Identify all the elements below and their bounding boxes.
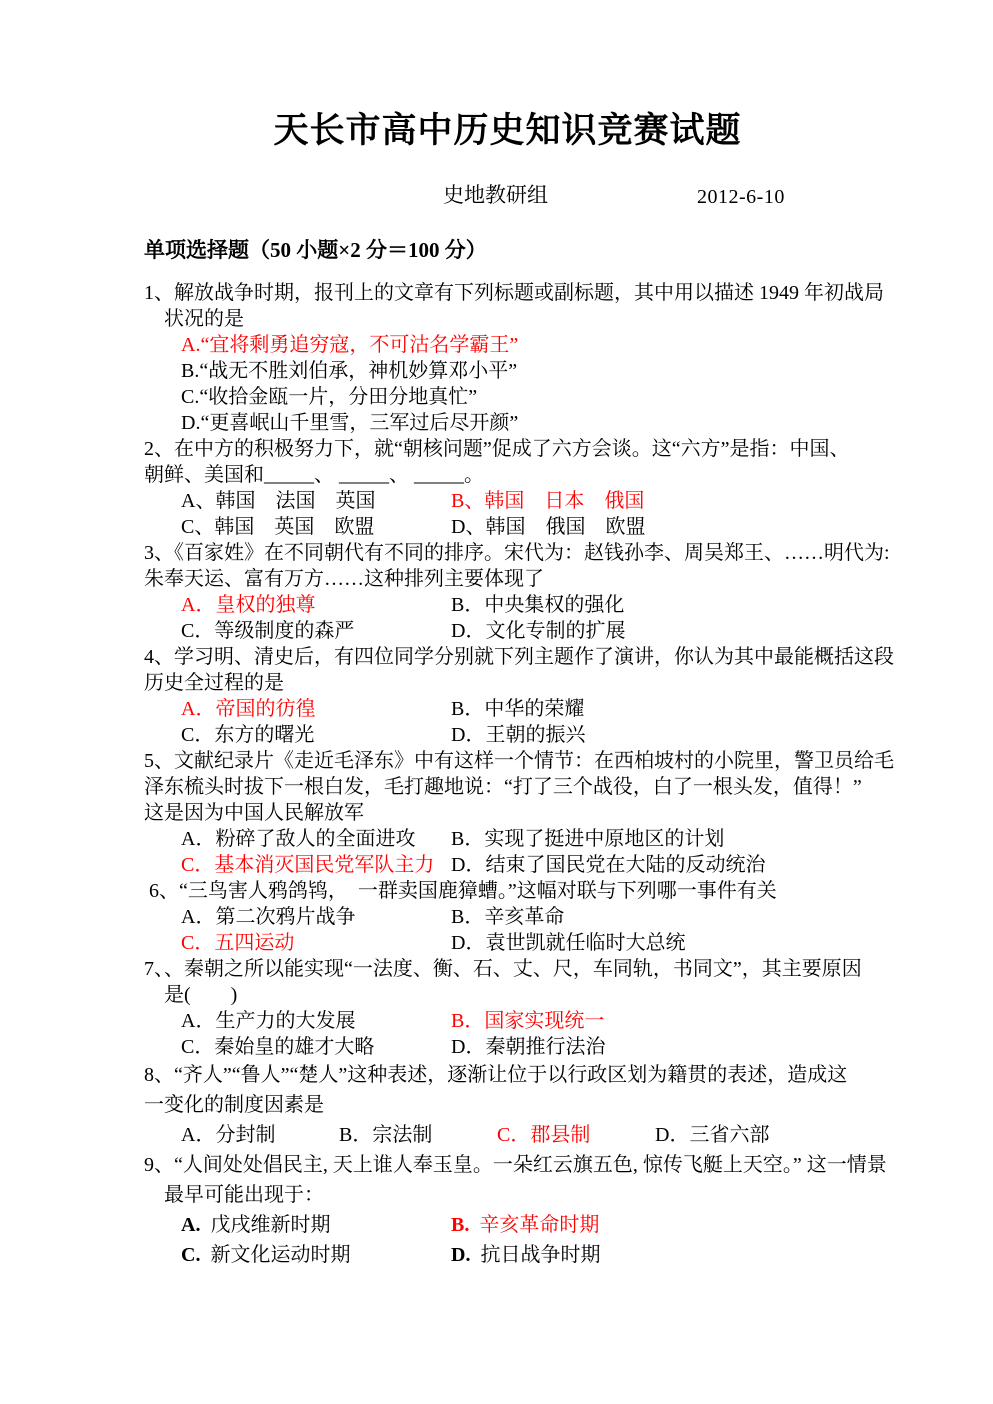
question-9: 9、“人间处处倡民主, 天上谁人奉玉皇。一朵红云旗五色, 惊传飞艇上天空。” 这… [144,1150,944,1270]
question-stem-line: 7、、秦朝之所以能实现“一法度、衡、石、丈、尺，车同轨，书同文”，其主要原因 [144,956,944,982]
option-row: C．东方的曙光D．王朝的振兴 [144,722,944,748]
question-stem-line: 8、“齐人”“鲁人”“楚人”这种表述，逐渐让位于以行政区划为籍贯的表述，造成这 [144,1060,944,1090]
option: D.“更喜岷山千里雪，三军过后尽开颜” [181,410,518,436]
option-row: C．五四运动D．袁世凯就任临时大总统 [144,930,944,956]
question-stem-line: 是( ) [144,982,944,1008]
option: A．第二次鸦片战争 [181,904,451,930]
question-stem-line: 朝鲜、美国和_____、 _____、 _____。 [144,462,944,488]
option-row: A．粉碎了敌人的全面进攻B．实现了挺进中原地区的计划 [144,826,944,852]
option: A．皇权的独尊 [181,592,451,618]
option-row: A．生产力的大发展B．国家实现统一 [144,1008,944,1034]
option: D．文化专制的扩展 [451,618,625,644]
question-8: 8、“齐人”“鲁人”“楚人”这种表述，逐渐让位于以行政区划为籍贯的表述，造成这一… [144,1060,944,1150]
question-7: 7、、秦朝之所以能实现“一法度、衡、石、丈、尺，车同轨，书同文”，其主要原因 是… [144,956,944,1060]
option-row: A、韩国 法国 英国B、韩国 日本 俄国 [144,488,944,514]
option-text: 辛亥革命时期 [469,1214,599,1236]
option-label: D. [451,1244,470,1266]
option: B．中央集权的强化 [451,592,624,618]
question-3: 3、《百家姓》在不同朝代有不同的排序。宋代为：赵钱孙李、周吴郑王、……明代为:朱… [144,540,944,644]
author-group: 史地教研组 [443,180,548,210]
option: D．结束了国民党在大陆的反动统治 [451,852,765,878]
option-row: A．皇权的独尊B．中央集权的强化 [144,592,944,618]
option-row: C. 新文化运动时期D. 抗日战争时期 [144,1240,944,1270]
option: D、韩国 俄国 欧盟 [451,514,645,540]
question-list: 1、解放战争时期，报刊上的文章有下列标题或副标题，其中用以描述 1949 年初战… [144,280,944,1270]
question-stem-line: 3、《百家姓》在不同朝代有不同的排序。宋代为：赵钱孙李、周吴郑王、……明代为: [144,540,944,566]
option-row: C．秦始皇的雄才大略D．秦朝推行法治 [144,1034,944,1060]
option: C．东方的曙光 [181,722,451,748]
option-row: A．分封制B．宗法制C．郡县制D．三省六部 [144,1120,944,1150]
subtitle-row: 史地教研组 2012-6-10 [0,180,993,210]
option: A. 戊戌维新时期 [181,1210,451,1240]
option-text: 戊戌维新时期 [200,1214,330,1236]
exam-page: 天长市高中历史知识竞赛试题 史地教研组 2012-6-10 单项选择题（50 小… [0,0,993,1404]
question-stem-line: 一变化的制度因素是 [144,1090,944,1120]
question-4: 4、学习明、清史后，有四位同学分别就下列主题作了演讲，你认为其中最能概括这段历史… [144,644,944,748]
question-stem-line: 5、文献纪录片《走近毛泽东》中有这样一个情节：在西柏坡村的小院里，警卫员给毛 [144,748,944,774]
option-row: D.“更喜岷山千里雪，三军过后尽开颜” [144,410,944,436]
question-stem-line: 9、“人间处处倡民主, 天上谁人奉玉皇。一朵红云旗五色, 惊传飞艇上天空。” 这… [144,1150,944,1180]
option: A.“宜将剩勇追穷寇，不可沽名学霸王” [181,332,518,358]
question-stem-line: 6、“三鸟害人鸦鸽鸨， 一群卖国鹿獐螬。”这幅对联与下列哪一事件有关 [144,878,944,904]
question-stem-line: 最早可能出现于： [144,1180,944,1210]
question-stem-line: 1、解放战争时期，报刊上的文章有下列标题或副标题，其中用以描述 1949 年初战… [144,280,944,306]
option-row: B.“战无不胜刘伯承，神机妙算邓小平” [144,358,944,384]
option-row: C.“收拾金瓯一片，分田分地真忙” [144,384,944,410]
option: B．国家实现统一 [451,1008,604,1034]
question-6: 6、“三鸟害人鸦鸽鸨， 一群卖国鹿獐螬。”这幅对联与下列哪一事件有关A．第二次鸦… [144,878,944,956]
option: D．秦朝推行法治 [451,1034,605,1060]
option: A．分封制 [181,1120,339,1150]
option: C、韩国 英国 欧盟 [181,514,451,540]
question-stem-line: 这是因为中国人民解放军 [144,800,944,826]
option: C．基本消灭国民党军队主力 [181,852,451,878]
section-header: 单项选择题（50 小题×2 分＝100 分） [144,236,993,264]
question-5: 5、文献纪录片《走近毛泽东》中有这样一个情节：在西柏坡村的小院里，警卫员给毛泽东… [144,748,944,878]
option: C. 新文化运动时期 [181,1240,451,1270]
option: B．辛亥革命 [451,904,564,930]
option-label: C. [181,1244,200,1266]
option: D．袁世凯就任临时大总统 [451,930,685,956]
option-row: C．等级制度的森严D．文化专制的扩展 [144,618,944,644]
question-stem-line: 朱奉天运、富有万方……这种排列主要体现了 [144,566,944,592]
option-row: C、韩国 英国 欧盟D、韩国 俄国 欧盟 [144,514,944,540]
option: C．五四运动 [181,930,451,956]
option: D. 抗日战争时期 [451,1240,600,1270]
option: D．三省六部 [655,1120,769,1150]
option: A．粉碎了敌人的全面进攻 [181,826,451,852]
question-stem-line: 2、在中方的积极努力下，就“朝核问题”促成了六方会谈。这“六方”是指：中国、 [144,436,944,462]
option: B．中华的荣耀 [451,696,584,722]
option: A．帝国的彷徨 [181,696,451,722]
question-1: 1、解放战争时期，报刊上的文章有下列标题或副标题，其中用以描述 1949 年初战… [144,280,944,436]
option-text: 抗日战争时期 [470,1244,600,1266]
option-row: C．基本消灭国民党军队主力D．结束了国民党在大陆的反动统治 [144,852,944,878]
question-stem-line: 状况的是 [144,306,944,332]
option: A、韩国 法国 英国 [181,488,451,514]
option-label: B. [451,1214,469,1236]
option: C．郡县制 [497,1120,655,1150]
option: B．宗法制 [339,1120,497,1150]
option-label: A. [181,1214,200,1236]
question-stem-line: 4、学习明、清史后，有四位同学分别就下列主题作了演讲，你认为其中最能概括这段 [144,644,944,670]
option-row: A．帝国的彷徨B．中华的荣耀 [144,696,944,722]
question-stem-line: 泽东梳头时拔下一根白发，毛打趣地说：“打了三个战役，白了一根头发，值得！” [144,774,944,800]
option: B、韩国 日本 俄国 [451,488,644,514]
exam-date: 2012-6-10 [697,182,785,212]
option-text: 新文化运动时期 [200,1244,350,1266]
option-row: A．第二次鸦片战争B．辛亥革命 [144,904,944,930]
option-row: A.“宜将剩勇追穷寇，不可沽名学霸王” [144,332,944,358]
option: C．等级制度的森严 [181,618,451,644]
option: A．生产力的大发展 [181,1008,451,1034]
option: C.“收拾金瓯一片，分田分地真忙” [181,384,477,410]
option-row: A. 戊戌维新时期B. 辛亥革命时期 [144,1210,944,1240]
option: D．王朝的振兴 [451,722,585,748]
option: B．实现了挺进中原地区的计划 [451,826,724,852]
option: B. 辛亥革命时期 [451,1210,599,1240]
question-stem-line: 历史全过程的是 [144,670,944,696]
exam-title: 天长市高中历史知识竞赛试题 [0,108,993,154]
option: B.“战无不胜刘伯承，神机妙算邓小平” [181,358,517,384]
option: C．秦始皇的雄才大略 [181,1034,451,1060]
question-2: 2、在中方的积极努力下，就“朝核问题”促成了六方会谈。这“六方”是指：中国、朝鲜… [144,436,944,540]
